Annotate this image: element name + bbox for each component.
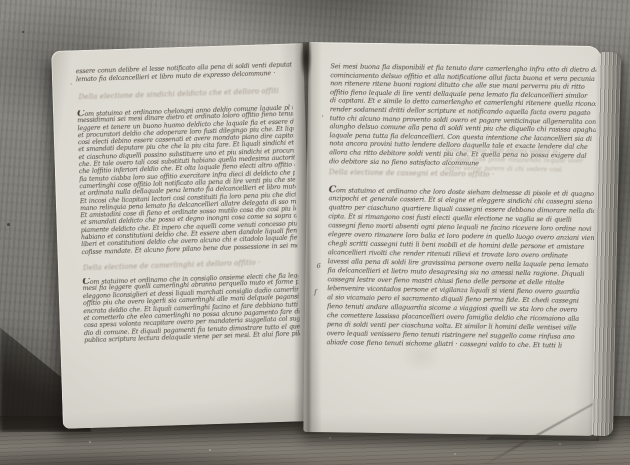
right-page: Sei mesi buona fia disponibili et fia te… (303, 42, 601, 436)
left-page: essere conun delibre el lesse notificato… (51, 43, 315, 429)
paragraph-camerlinghi: Com statuimo et ordinamo che in consigli… (82, 271, 300, 344)
manuscript-photograph: essere conun delibre el lesse notificato… (0, 0, 630, 465)
rubric-heading-sindichi: Della electione de sindichi deldicto che… (78, 87, 278, 101)
rubric-heading-cassegni: Della electione de cassegni et delloro o… (329, 168, 519, 179)
rubric-heading-camerlinghi: Della electione de camerlinghi et dellor… (83, 258, 273, 272)
margin-mark: · (86, 234, 89, 242)
curled-page-corner (477, 361, 600, 441)
margin-mark: · (90, 292, 92, 300)
paragraph-cassegni: Com statuimo et ordinamo che loro doste … (326, 185, 594, 351)
book-gutter-shadow (294, 42, 322, 434)
paragraph-sindichi: Com statuimo et ordinamo chelongni anno … (77, 103, 297, 256)
gutter-dark-spot (300, 43, 312, 93)
wall-speck (22, 31, 24, 33)
paragraph-fragment: essere conun delibre el lesse notificato… (76, 62, 292, 84)
margin-mark: · (70, 80, 72, 88)
wall-speck (7, 223, 10, 226)
